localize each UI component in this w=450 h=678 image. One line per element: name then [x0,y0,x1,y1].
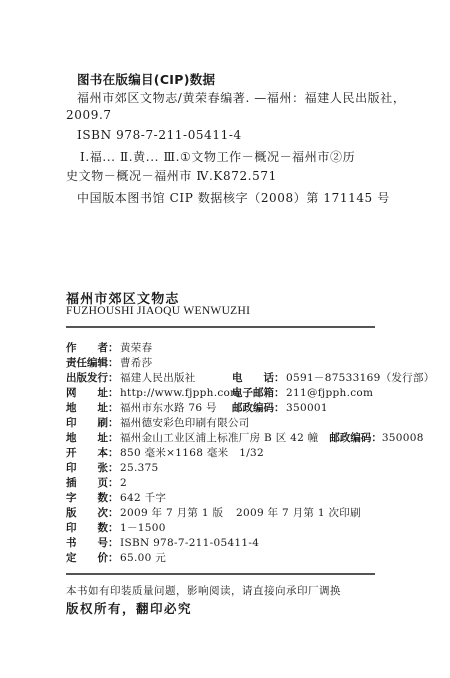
detail-label: 印 刷： [66,416,120,430]
detail-row-author: 作 者：黄荣春 [66,341,152,355]
cip-record: 中国版本图书馆 CIP 数据核字（2008）第 171145 号 [77,189,390,206]
quality-notice: 本书如有印装质量问题，影响阅读，请直接向承印厂调换 [66,583,341,598]
detail-value-postcode: 350008 [382,431,424,445]
detail-row-plates: 插 页：2 [66,476,127,490]
detail-value: ISBN 978-7-211-05411-4 [120,536,259,550]
detail-value-phone: 0591－87533169（发行部） [286,371,435,385]
detail-label-postcode: 邮政编码： [329,431,382,445]
detail-label: 印 数： [66,521,120,535]
detail-row-word-count: 字 数：642 千字 [66,491,166,505]
cip-line-1: 福州市郊区文物志/黄荣春编著. —福州：福建人民出版社， [77,89,405,106]
detail-value: 642 千字 [120,491,166,505]
detail-row-printer: 印 刷：福州德安彩色印刷有限公司 [66,416,250,430]
detail-value: 福州德安彩色印刷有限公司 [120,416,250,430]
detail-row-price: 定 价：65.00 元 [66,551,166,565]
detail-label: 版 次： [66,506,120,520]
detail-label: 责任编辑： [66,356,120,370]
detail-value-printing: 2009 年 7 月第 1 次印刷 [236,506,361,520]
detail-label: 出版发行： [66,371,120,385]
detail-label: 插 页： [66,476,120,490]
detail-label-phone: 电 话： [232,371,286,385]
detail-label: 地 址： [66,401,120,415]
detail-value: 850 毫米×1168 毫米 1/32 [120,446,264,460]
cip-heading: 图书在版编目(CIP)数据 [77,70,215,88]
detail-label: 字 数： [66,491,120,505]
detail-row-publisher: 出版发行：福建人民出版社 电 话：0591－87533169（发行部） [66,371,446,385]
detail-value: 25.375 [120,461,159,475]
detail-label-email: 电子邮箱： [232,386,286,400]
detail-value: 曹希莎 [120,356,152,370]
detail-row-isbn: 书 号：ISBN 978-7-211-05411-4 [66,536,259,550]
detail-label: 定 价： [66,551,120,565]
detail-row-printer-address: 地 址：福州金山工业区浦上标准厂房 B 区 42 幢 邮政编码：350008 [66,431,424,445]
detail-row-address: 地 址：福州市东水路 76 号 邮政编码：350001 [66,401,446,415]
cip-isbn: ISBN 978-7-211-05411-4 [77,128,242,142]
cip-subject-2: 史文物－概况－福州市 Ⅳ.K872.571 [66,167,277,184]
detail-label: 作 者： [66,341,120,355]
cip-subject-1: Ⅰ.福... Ⅱ.黄... Ⅲ.①文物工作－概况－福州市②历 [80,148,355,165]
detail-row-editor: 责任编辑：曹希莎 [66,356,152,370]
detail-value-postcode: 350001 [286,401,328,415]
book-pinyin-title: FUZHOUSHI JIAOQU WENWUZHI [66,305,250,317]
detail-label: 书 号： [66,536,120,550]
detail-label: 网 址： [66,386,120,400]
detail-value: 1－1500 [120,521,166,535]
cip-line-2: 2009.7 [66,108,112,122]
detail-value: 2009 年 7 月第 1 版 [120,506,223,520]
detail-value: 福州金山工业区浦上标准厂房 B 区 42 幢 [120,431,329,445]
detail-value: 福建人民出版社 [120,371,196,385]
copyright-notice: 版权所有，翻印必究 [66,599,192,617]
detail-value: 福州市东水路 76 号 [120,401,217,415]
detail-row-edition: 版 次：2009 年 7 月第 1 版 2009 年 7 月第 1 次印刷 [66,506,446,520]
detail-label: 开 本： [66,446,120,460]
detail-row-sheets: 印 张：25.375 [66,461,159,475]
detail-value: 2 [120,476,127,490]
detail-row-format: 开 本：850 毫米×1168 毫米 1/32 [66,446,264,460]
detail-value: 65.00 元 [120,551,166,565]
bottom-divider [66,573,375,575]
detail-label: 印 张： [66,461,120,475]
email-link[interactable]: 211@fjpph.com [286,386,373,400]
website-link[interactable]: http://www.fjpph.com [120,386,240,400]
detail-label: 地 址： [66,431,120,445]
top-divider [66,326,375,328]
detail-value: 黄荣春 [120,341,152,355]
detail-label-postcode: 邮政编码： [232,401,286,415]
detail-row-website: 网 址：http://www.fjpph.com 电子邮箱：211@fjpph.… [66,386,446,400]
detail-row-print-run: 印 数：1－1500 [66,521,166,535]
